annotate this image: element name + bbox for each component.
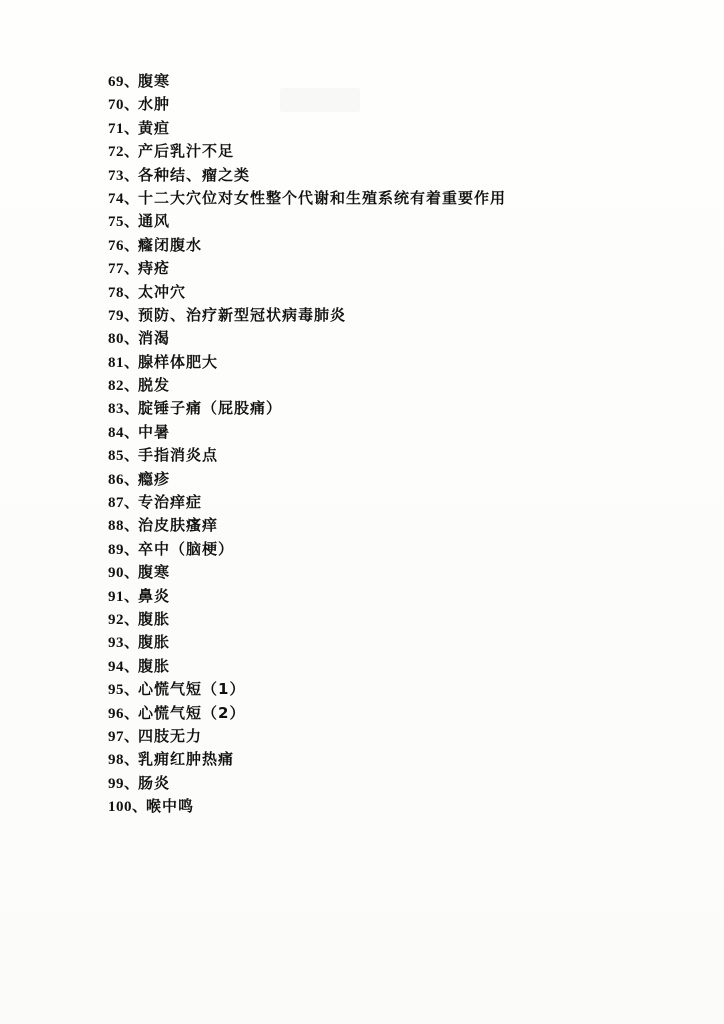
list-item: 86、瘾疹	[108, 468, 506, 491]
item-number: 93	[108, 635, 124, 651]
item-text: 产后乳汁不足	[138, 142, 234, 160]
item-separator: 、	[124, 585, 138, 608]
item-text: 瘾疹	[138, 470, 170, 488]
item-text: 肠炎	[138, 774, 170, 792]
item-text: 腺样体肥大	[138, 353, 218, 371]
list-item: 89、卒中（脑梗）	[108, 538, 506, 561]
numbered-list: 69、腹寒70、水肿71、黄疸72、产后乳汁不足73、各种结、瘤之类74、十二大…	[108, 70, 506, 819]
list-item: 93、腹胀	[108, 631, 506, 654]
item-text: 腹寒	[138, 72, 170, 90]
list-item: 77、痔疮	[108, 257, 506, 280]
item-separator: 、	[132, 795, 146, 818]
item-separator: 、	[124, 281, 138, 304]
item-number: 85	[108, 448, 124, 464]
item-number: 84	[108, 425, 124, 441]
list-item: 100、喉中鸣	[108, 795, 506, 818]
item-number: 81	[108, 355, 124, 371]
item-number: 88	[108, 518, 124, 534]
list-item: 72、产后乳汁不足	[108, 140, 506, 163]
list-item: 71、黄疸	[108, 117, 506, 140]
item-text: 腚锤子痛（屁股痛）	[138, 399, 282, 417]
list-item: 95、心慌气短（1）	[108, 678, 506, 701]
item-text: 喉中鸣	[146, 797, 194, 815]
list-item: 83、腚锤子痛（屁股痛）	[108, 397, 506, 420]
list-item: 87、专治痒症	[108, 491, 506, 514]
item-number: 74	[108, 191, 124, 207]
item-number: 76	[108, 238, 124, 254]
item-text: 手指消炎点	[138, 446, 218, 464]
item-separator: 、	[124, 210, 138, 233]
item-number: 71	[108, 121, 124, 137]
list-item: 85、手指消炎点	[108, 444, 506, 467]
item-number: 94	[108, 659, 124, 675]
item-text: 水肿	[138, 95, 170, 113]
item-separator: 、	[124, 444, 138, 467]
item-number: 91	[108, 589, 124, 605]
item-text: 腹胀	[138, 633, 170, 651]
item-text: 中暑	[138, 423, 170, 441]
item-separator: 、	[124, 140, 138, 163]
item-separator: 、	[124, 257, 138, 280]
item-separator: 、	[124, 491, 138, 514]
list-item: 73、各种结、瘤之类	[108, 164, 506, 187]
list-item: 82、脱发	[108, 374, 506, 397]
list-item: 91、鼻炎	[108, 585, 506, 608]
item-number: 90	[108, 565, 124, 581]
item-separator: 、	[124, 772, 138, 795]
item-text: 治皮肤瘙痒	[138, 516, 218, 534]
item-text: 通风	[138, 212, 170, 230]
item-text: 黄疸	[138, 119, 170, 137]
item-separator: 、	[124, 421, 138, 444]
item-text: 乳痈红肿热痛	[138, 750, 234, 768]
item-text: 腹寒	[138, 563, 170, 581]
item-number: 95	[108, 682, 124, 698]
item-number: 86	[108, 472, 124, 488]
item-separator: 、	[124, 748, 138, 771]
item-text: 卒中（脑梗）	[138, 540, 234, 558]
item-text: 十二大穴位对女性整个代谢和生殖系统有着重要作用	[138, 189, 506, 207]
item-text: 脱发	[138, 376, 170, 394]
item-number: 78	[108, 285, 124, 301]
item-number: 77	[108, 261, 124, 277]
item-number: 98	[108, 752, 124, 768]
item-separator: 、	[124, 93, 138, 116]
item-separator: 、	[124, 561, 138, 584]
item-separator: 、	[124, 655, 138, 678]
item-number: 72	[108, 144, 124, 160]
list-item: 75、通风	[108, 210, 506, 233]
list-item: 69、腹寒	[108, 70, 506, 93]
item-text: 太冲穴	[138, 283, 186, 301]
list-item: 76、癃闭腹水	[108, 234, 506, 257]
item-number: 97	[108, 729, 124, 745]
scanned-page: 69、腹寒70、水肿71、黄疸72、产后乳汁不足73、各种结、瘤之类74、十二大…	[0, 0, 724, 1024]
item-number: 75	[108, 214, 124, 230]
item-separator: 、	[124, 514, 138, 537]
list-item: 70、水肿	[108, 93, 506, 116]
item-text: 心慌气短（1）	[138, 680, 245, 698]
item-number: 87	[108, 495, 124, 511]
item-text: 预防、治疗新型冠状病毒肺炎	[138, 306, 346, 324]
list-item: 78、太冲穴	[108, 281, 506, 304]
item-separator: 、	[124, 678, 138, 701]
item-number: 69	[108, 74, 124, 90]
item-separator: 、	[124, 327, 138, 350]
item-number: 79	[108, 308, 124, 324]
item-separator: 、	[124, 117, 138, 140]
item-separator: 、	[124, 631, 138, 654]
list-item: 90、腹寒	[108, 561, 506, 584]
item-number: 82	[108, 378, 124, 394]
item-text: 腹胀	[138, 610, 170, 628]
item-number: 96	[108, 706, 124, 722]
item-number: 99	[108, 776, 124, 792]
item-text: 痔疮	[138, 259, 170, 277]
item-separator: 、	[124, 608, 138, 631]
item-separator: 、	[124, 538, 138, 561]
item-text: 消渴	[138, 329, 170, 347]
item-text: 鼻炎	[138, 587, 170, 605]
item-number: 80	[108, 331, 124, 347]
item-text: 腹胀	[138, 657, 170, 675]
item-number: 89	[108, 542, 124, 558]
list-item: 96、心慌气短（2）	[108, 702, 506, 725]
item-separator: 、	[124, 725, 138, 748]
item-separator: 、	[124, 351, 138, 374]
list-item: 81、腺样体肥大	[108, 351, 506, 374]
item-text: 癃闭腹水	[138, 236, 202, 254]
item-text: 四肢无力	[138, 727, 202, 745]
item-number: 83	[108, 401, 124, 417]
item-text: 专治痒症	[138, 493, 202, 511]
list-item: 97、四肢无力	[108, 725, 506, 748]
list-item: 94、腹胀	[108, 655, 506, 678]
item-separator: 、	[124, 70, 138, 93]
item-separator: 、	[124, 468, 138, 491]
list-item: 74、十二大穴位对女性整个代谢和生殖系统有着重要作用	[108, 187, 506, 210]
item-text: 各种结、瘤之类	[138, 166, 250, 184]
item-separator: 、	[124, 164, 138, 187]
list-item: 84、中暑	[108, 421, 506, 444]
list-item: 88、治皮肤瘙痒	[108, 514, 506, 537]
list-item: 80、消渴	[108, 327, 506, 350]
item-number: 92	[108, 612, 124, 628]
item-separator: 、	[124, 397, 138, 420]
list-item: 79、预防、治疗新型冠状病毒肺炎	[108, 304, 506, 327]
item-separator: 、	[124, 234, 138, 257]
item-separator: 、	[124, 702, 138, 725]
item-number: 100	[108, 799, 132, 815]
list-item: 99、肠炎	[108, 772, 506, 795]
item-number: 73	[108, 168, 124, 184]
list-item: 92、腹胀	[108, 608, 506, 631]
item-number: 70	[108, 97, 124, 113]
item-separator: 、	[124, 304, 138, 327]
item-separator: 、	[124, 187, 138, 210]
item-text: 心慌气短（2）	[138, 704, 245, 722]
item-separator: 、	[124, 374, 138, 397]
list-item: 98、乳痈红肿热痛	[108, 748, 506, 771]
